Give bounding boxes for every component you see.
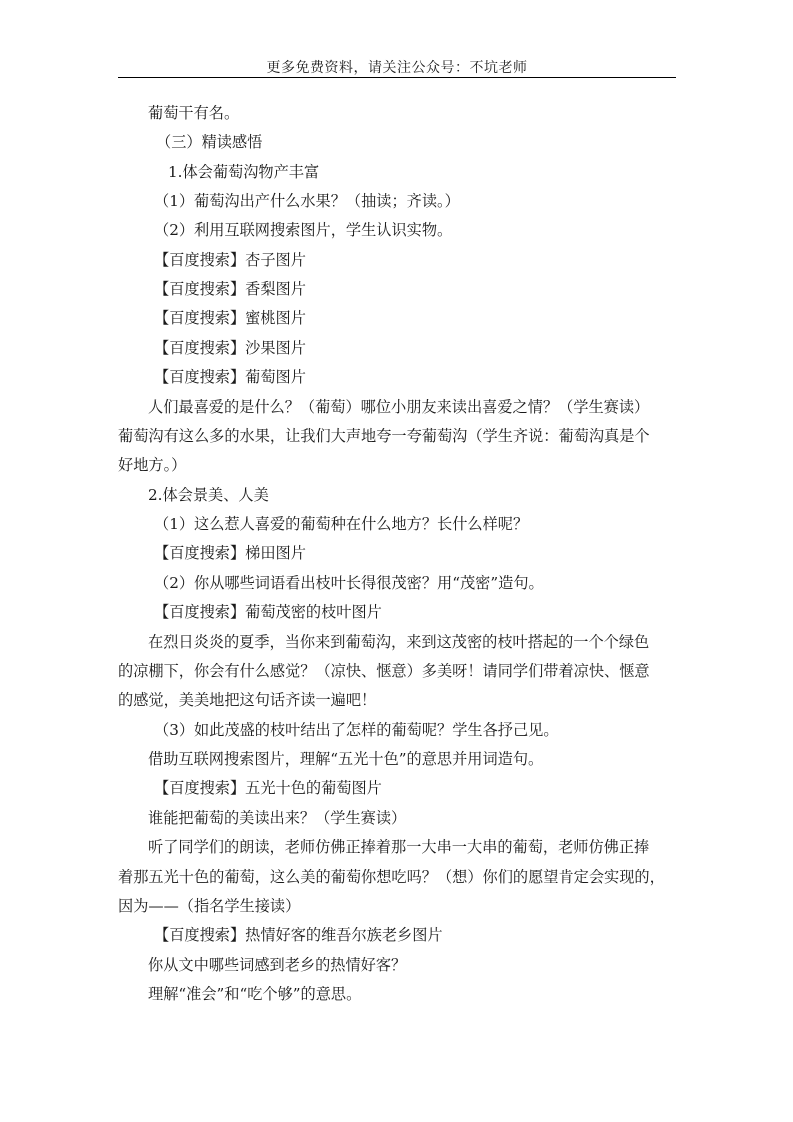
- search-reference-line: 【百度搜索】梯田图片: [154, 543, 306, 563]
- text-line: （3）如此茂盛的枝叶结出了怎样的葡萄呢？学生各抒己见。: [154, 720, 559, 740]
- page-header: 更多免费资料，请关注公众号：不坑老师: [118, 57, 676, 77]
- search-reference-line: 【百度搜索】葡萄图片: [154, 367, 306, 387]
- text-line: （1）葡萄沟出产什么水果？（抽读；齐读。）: [154, 191, 460, 211]
- text-line: 理解“准会”和“吃个够”的意思。: [148, 984, 361, 1004]
- text-line: 因为——（指名学生接读）: [118, 896, 300, 916]
- search-reference-line: 【百度搜索】热情好客的维吾尔族老乡图片: [154, 925, 443, 945]
- text-line: 借助互联网搜索图片，理解“五光十色”的意思并用词造句。: [148, 749, 543, 769]
- search-reference-line: 【百度搜索】香梨图片: [154, 279, 306, 299]
- text-line: 好地方。）: [118, 455, 186, 475]
- text-line: 2.体会景美、人美: [148, 485, 269, 505]
- text-line: （2）利用互联网搜索图片，学生认识实物。: [154, 220, 452, 240]
- text-line: 着那五光十色的葡萄，这么美的葡萄你想吃吗？（想）你们的愿望肯定会实现的，: [118, 867, 665, 887]
- search-reference-line: 【百度搜索】五光十色的葡萄图片: [154, 778, 382, 798]
- text-line: 在烈日炎炎的夏季，当你来到葡萄沟，来到这茂密的枝叶搭起的一个个绿色: [148, 632, 649, 652]
- text-line: （1）这么惹人喜爱的葡萄种在什么地方？长什么样呢？: [154, 514, 528, 534]
- text-line: 的凉棚下，你会有什么感觉？（凉快、惬意）多美呀！请同学们带着凉快、惬意: [118, 661, 650, 681]
- text-line: （2）你从哪些词语看出枝叶长得很茂密？用“茂密”造句。: [154, 573, 544, 593]
- text-line: 葡萄沟有这么多的水果，让我们大声地夸一夸葡萄沟（学生齐说：葡萄沟真是个: [118, 426, 650, 446]
- text-line: 葡萄干有名。: [148, 103, 239, 123]
- search-reference-line: 【百度搜索】杏子图片: [154, 250, 306, 270]
- text-line: 听了同学们的朗读，老师仿佛正捧着那一大串一大串的葡萄，老师仿佛正捧: [148, 837, 649, 857]
- search-reference-line: 【百度搜索】沙果图片: [154, 338, 306, 358]
- search-reference-line: 【百度搜索】葡萄茂密的枝叶图片: [154, 602, 382, 622]
- search-reference-line: 【百度搜索】蜜桃图片: [154, 308, 306, 328]
- header-divider: [118, 77, 676, 78]
- text-line: 1.体会葡萄沟物产丰富: [168, 162, 319, 182]
- text-line: （三）精读感悟: [156, 132, 262, 152]
- text-line: 谁能把葡萄的美读出来？（学生赛读）: [148, 808, 406, 828]
- text-line: 的感觉，美美地把这句话齐读一遍吧！: [118, 690, 376, 710]
- text-line: 你从文中哪些词感到老乡的热情好客？: [148, 955, 406, 975]
- text-line: 人们最喜爱的是什么？（葡萄）哪位小朋友来读出喜爱之情？（学生赛读）: [148, 397, 649, 417]
